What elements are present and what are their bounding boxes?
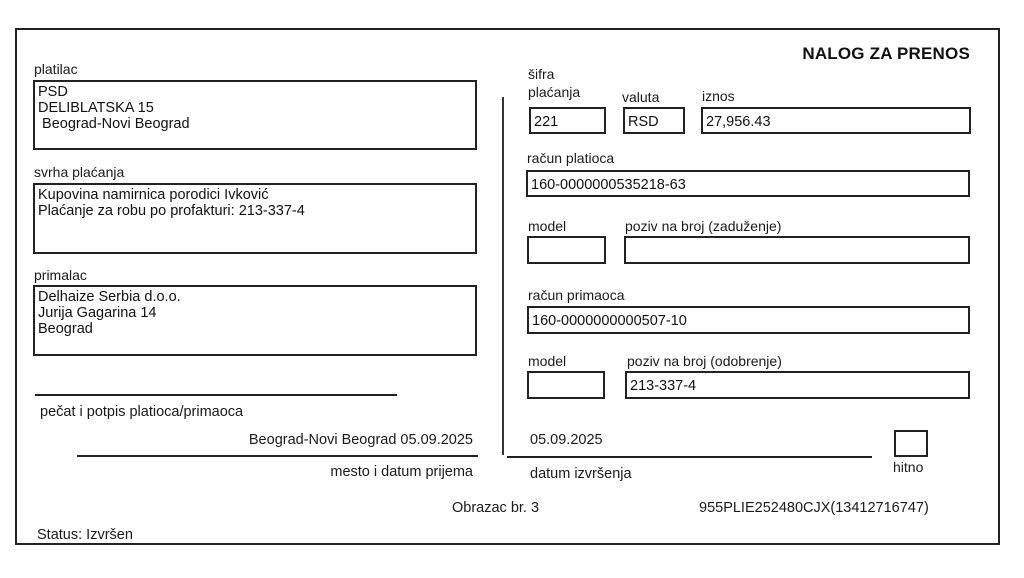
payer-account-label: račun platioca (527, 150, 614, 166)
form-number: Obrazac br. 3 (452, 500, 539, 516)
payment-code-value: 221 (534, 114, 558, 130)
credit-reference-label: poziv na broj (odobrenje) (627, 353, 782, 369)
purpose-field[interactable]: Kupovina namirnica porodici Ivković Plać… (33, 183, 477, 254)
recipient-label: primalac (34, 267, 87, 283)
recipient-account-value: 160-0000000000507-10 (532, 313, 687, 329)
currency-field[interactable]: RSD (623, 107, 685, 134)
amount-field[interactable]: 27,956.43 (701, 107, 971, 134)
signature-label: pečat i potpis platioca/primaoca (40, 404, 243, 420)
place-date-line (77, 455, 478, 457)
recipient-account-label: račun primaoca (528, 287, 625, 303)
recipient-field[interactable]: Delhaize Serbia d.o.o. Jurija Gagarina 1… (33, 285, 477, 356)
urgent-checkbox[interactable] (894, 430, 928, 457)
payment-code-label-1: šifra (528, 66, 554, 82)
payer-field[interactable]: PSD DELIBLATSKA 15 Beograd-Novi Beograd (33, 80, 477, 150)
payer-account-field[interactable]: 160-0000000535218-63 (526, 170, 970, 197)
recipient-line-3: Beograd (38, 321, 472, 337)
payer-line-2: DELIBLATSKA 15 (38, 100, 472, 116)
recipient-line-1: Delhaize Serbia d.o.o. (38, 289, 472, 305)
payment-code-label-2: plaćanja (528, 84, 580, 100)
signature-line (35, 394, 397, 396)
place-date-value: Beograd-Novi Beograd 05.09.2025 (249, 432, 473, 448)
place-date-label: mesto i datum prijema (330, 464, 473, 480)
amount-label: iznos (702, 88, 735, 104)
purpose-line-1: Kupovina namirnica porodici Ivković (38, 187, 472, 203)
reference-code: 955PLIE252480CJX(13412716747) (699, 500, 929, 516)
credit-reference-field[interactable]: 213-337-4 (625, 371, 970, 399)
recipient-line-2: Jurija Gagarina 14 (38, 305, 472, 321)
purpose-line-2: Plaćanje za robu po profakturi: 213-337-… (38, 203, 472, 219)
amount-value: 27,956.43 (706, 114, 771, 130)
purpose-label: svrha plaćanja (34, 164, 124, 180)
payer-line-1: PSD (38, 84, 472, 100)
payment-code-field[interactable]: 221 (529, 107, 606, 134)
credit-model-label: model (528, 353, 566, 369)
credit-reference-value: 213-337-4 (630, 378, 696, 394)
debit-reference-label: poziv na broj (zaduženje) (625, 218, 781, 234)
execution-date-line (507, 456, 872, 458)
debit-model-field[interactable] (527, 236, 606, 264)
credit-model-field[interactable] (527, 371, 605, 399)
debit-reference-field[interactable] (624, 236, 970, 264)
column-divider (502, 97, 504, 455)
execution-date-value: 05.09.2025 (530, 432, 603, 448)
execution-date-label: datum izvršenja (530, 466, 632, 482)
recipient-account-field[interactable]: 160-0000000000507-10 (527, 306, 970, 334)
status-text: Status: Izvršen (37, 527, 133, 543)
currency-value: RSD (628, 114, 659, 130)
payer-line-3: Beograd-Novi Beograd (38, 116, 472, 132)
payer-label: platilac (34, 61, 78, 77)
form-title: NALOG ZA PRENOS (802, 44, 970, 64)
currency-label: valuta (622, 89, 659, 105)
payer-account-value: 160-0000000535218-63 (531, 177, 686, 193)
urgent-label: hitno (893, 459, 923, 475)
debit-model-label: model (528, 218, 566, 234)
